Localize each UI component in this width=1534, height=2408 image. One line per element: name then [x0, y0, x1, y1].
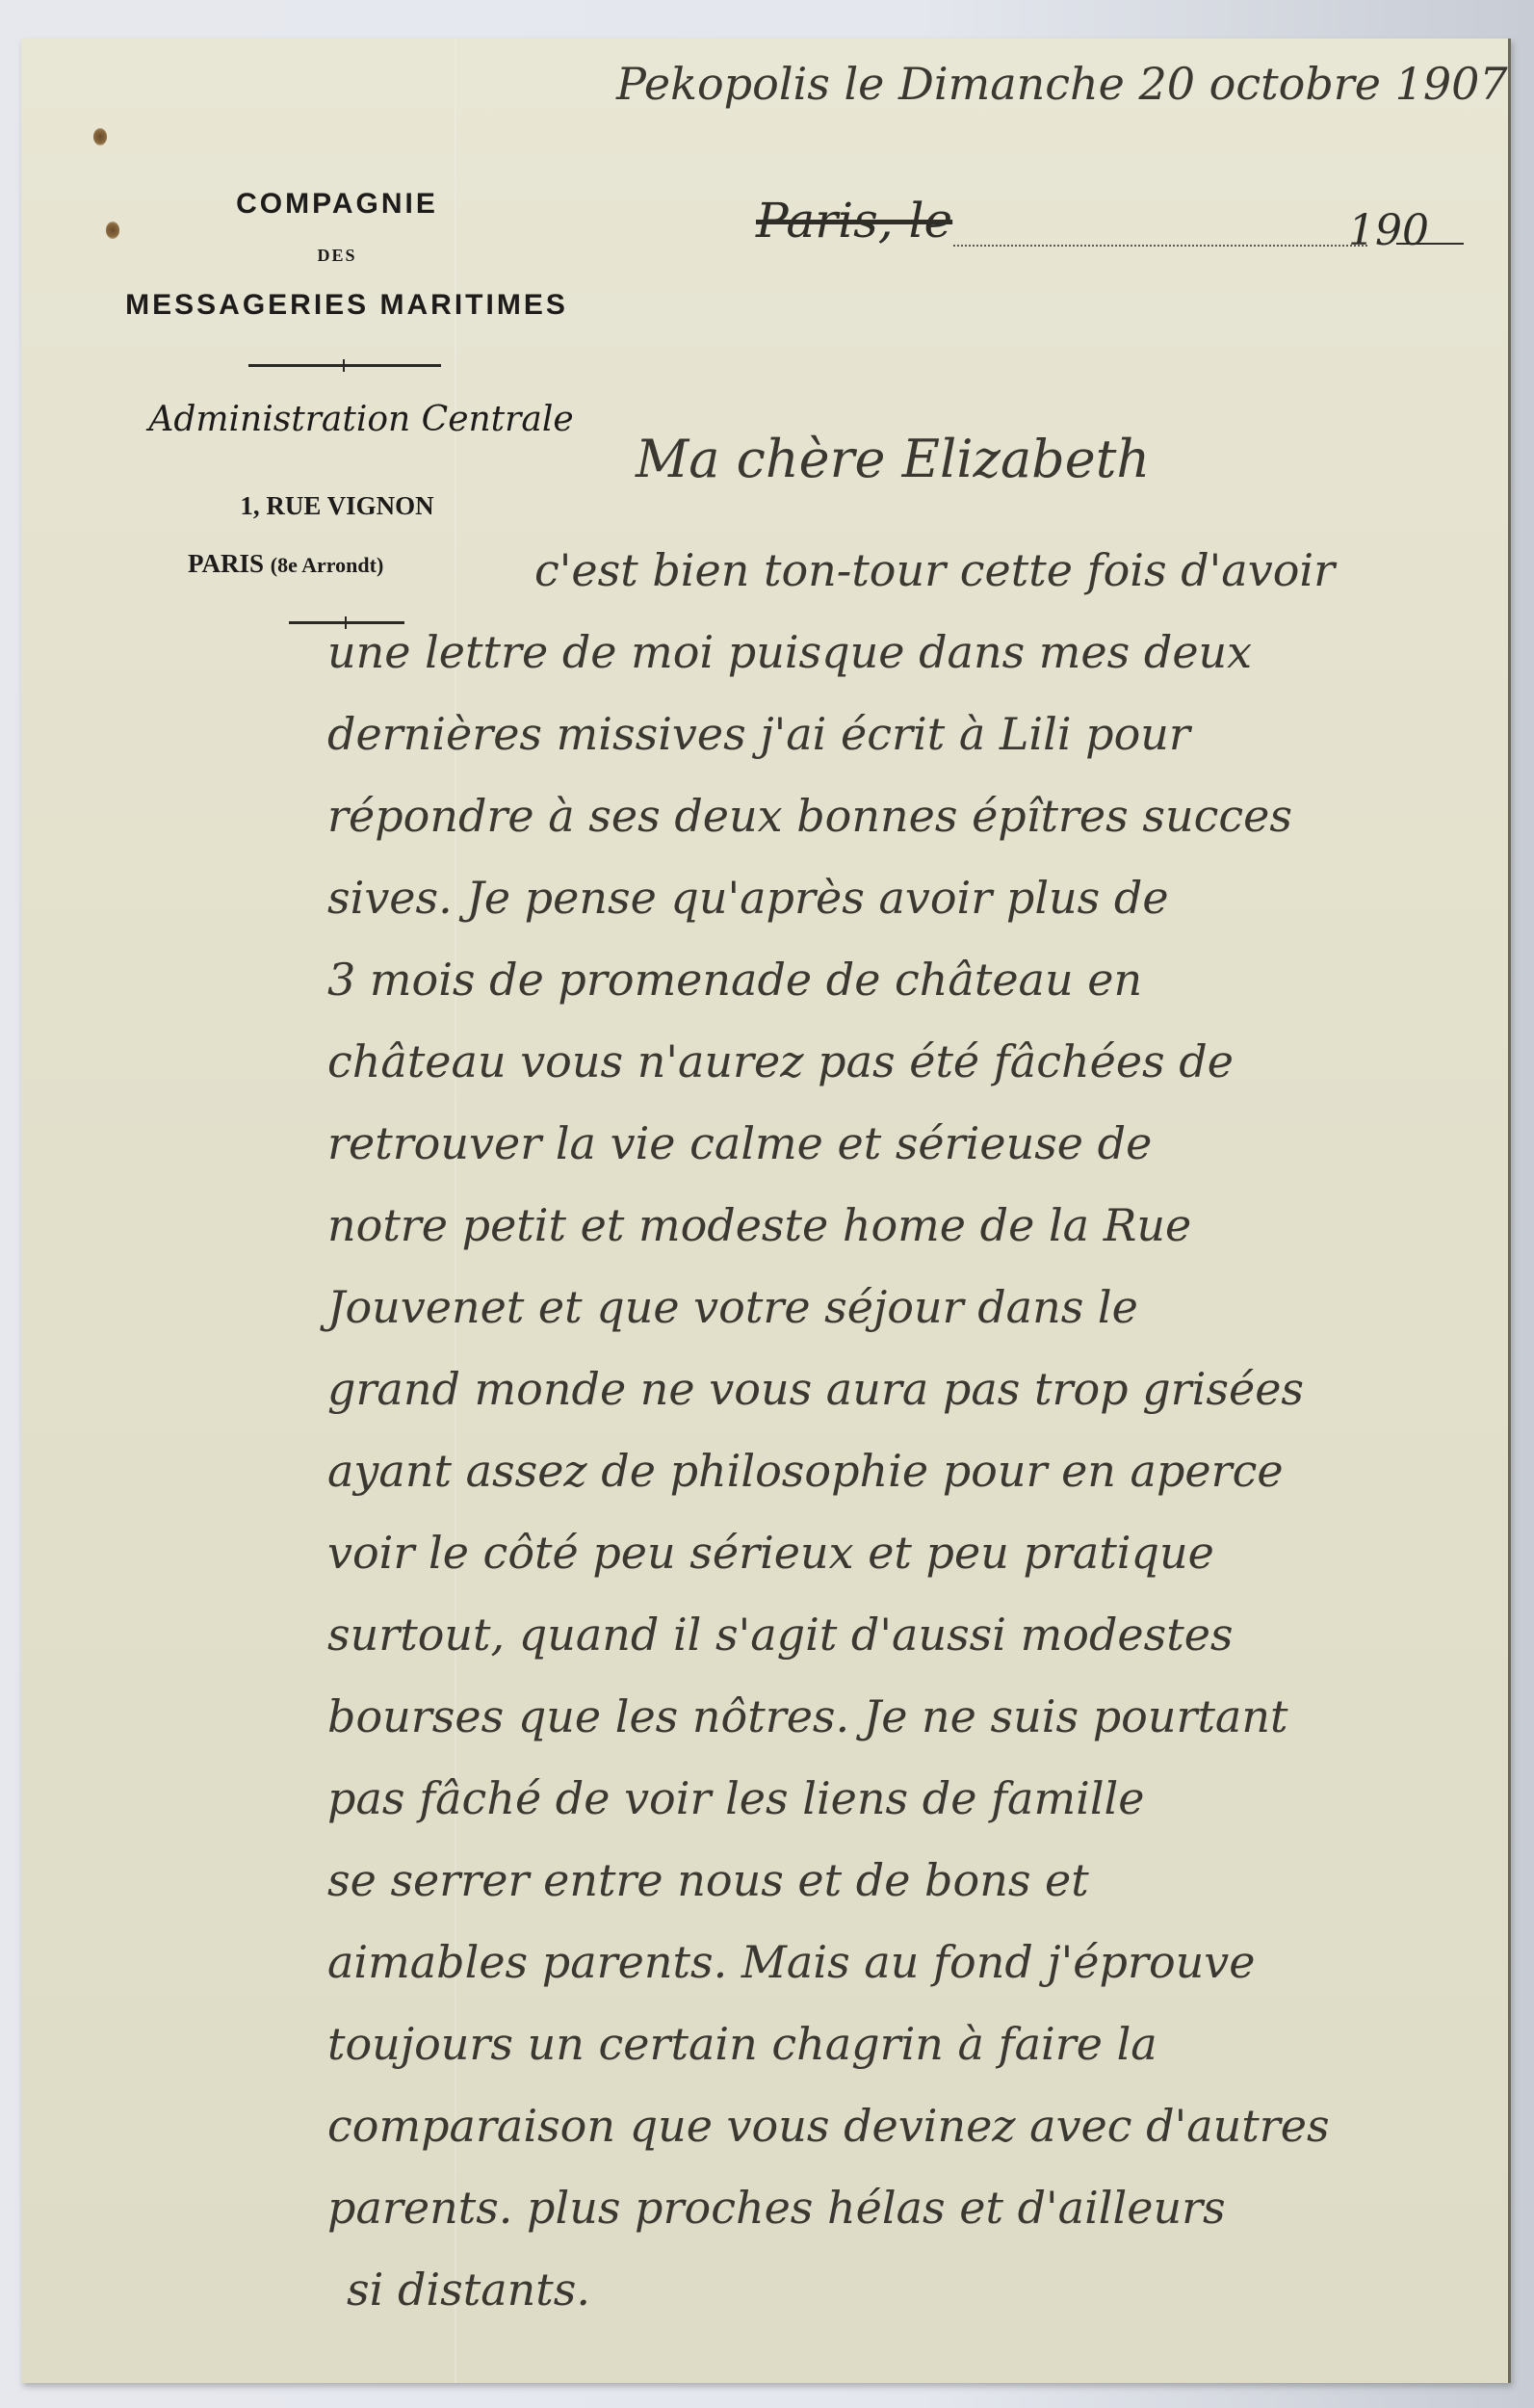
body-line: parents. plus proches hélas et d'ailleur… [327, 2182, 1226, 2234]
printed-place: Paris, le [756, 193, 952, 249]
handwritten-place-date: Pekopolis le Dimanche 20 octobre 1907 [616, 58, 1508, 110]
body-line: château vous n'aurez pas été fâchées de [327, 1035, 1234, 1087]
body-line: notre petit et modeste home de la Rue [327, 1199, 1191, 1251]
date-dotted-line [953, 245, 1367, 247]
body-line: bourses que les nôtres. Je ne suis pourt… [327, 1690, 1287, 1742]
body-line: ayant assez de philosophie pour en aperc… [327, 1445, 1284, 1497]
body-line: aimables parents. Mais au fond j'éprouve [327, 1936, 1255, 1988]
body-line: voir le côté peu sérieux et peu pratique [327, 1527, 1214, 1579]
ornamental-rule [248, 364, 441, 367]
letterhead-division: Administration Centrale [135, 400, 587, 439]
body-line: comparaison que vous devinez avec d'autr… [327, 2100, 1330, 2152]
printed-date-line: Paris, le 190 [732, 193, 1464, 260]
ornamental-rule [289, 621, 404, 624]
letterhead-des: DES [289, 246, 385, 266]
letterhead-company: COMPAGNIE [221, 188, 453, 221]
body-line: Jouvenet et que votre séjour dans le [327, 1281, 1138, 1333]
body-line: 3 mois de promenade de château en [327, 954, 1142, 1006]
body-line: dernières missives j'ai écrit à Lili pou… [327, 708, 1190, 760]
body-line: grand monde ne vous aura pas trop grisée… [327, 1363, 1304, 1415]
letterhead-address: 1, RUE VIGNON [193, 491, 481, 521]
body-line: répondre à ses deux bonnes épîtres succe… [327, 790, 1292, 842]
body-line: retrouver la vie calme et sérieuse de [327, 1117, 1152, 1169]
letterhead-city: PARIS (8e Arrondt) [188, 549, 534, 579]
body-line: une lettre de moi puisque dans mes deux [327, 626, 1252, 678]
body-line: toujours un certain chagrin à faire la [327, 2018, 1157, 2070]
body-line: c'est bien ton-tour cette fois d'avoir [534, 544, 1335, 596]
letterhead-city-name: PARIS [188, 549, 264, 578]
letterhead-arrondissement: (8e Arrondt) [271, 553, 384, 577]
body-line: se serrer entre nous et de bons et [327, 1854, 1089, 1906]
body-line: si distants. [347, 2264, 590, 2316]
binding-hole [93, 128, 107, 145]
printed-year: 190 [1348, 206, 1429, 255]
body-line: pas fâché de voir les liens de famille [327, 1772, 1144, 1824]
salutation: Ma chère Elizabeth [636, 429, 1150, 489]
year-rule [1396, 243, 1464, 245]
letterhead-messageries-maritimes: MESSAGERIES MARITIMES [87, 289, 607, 322]
binding-hole [106, 222, 119, 239]
body-line: surtout, quand il s'agit d'aussi modeste… [327, 1609, 1234, 1661]
body-line: sives. Je pense qu'après avoir plus de [327, 872, 1169, 924]
